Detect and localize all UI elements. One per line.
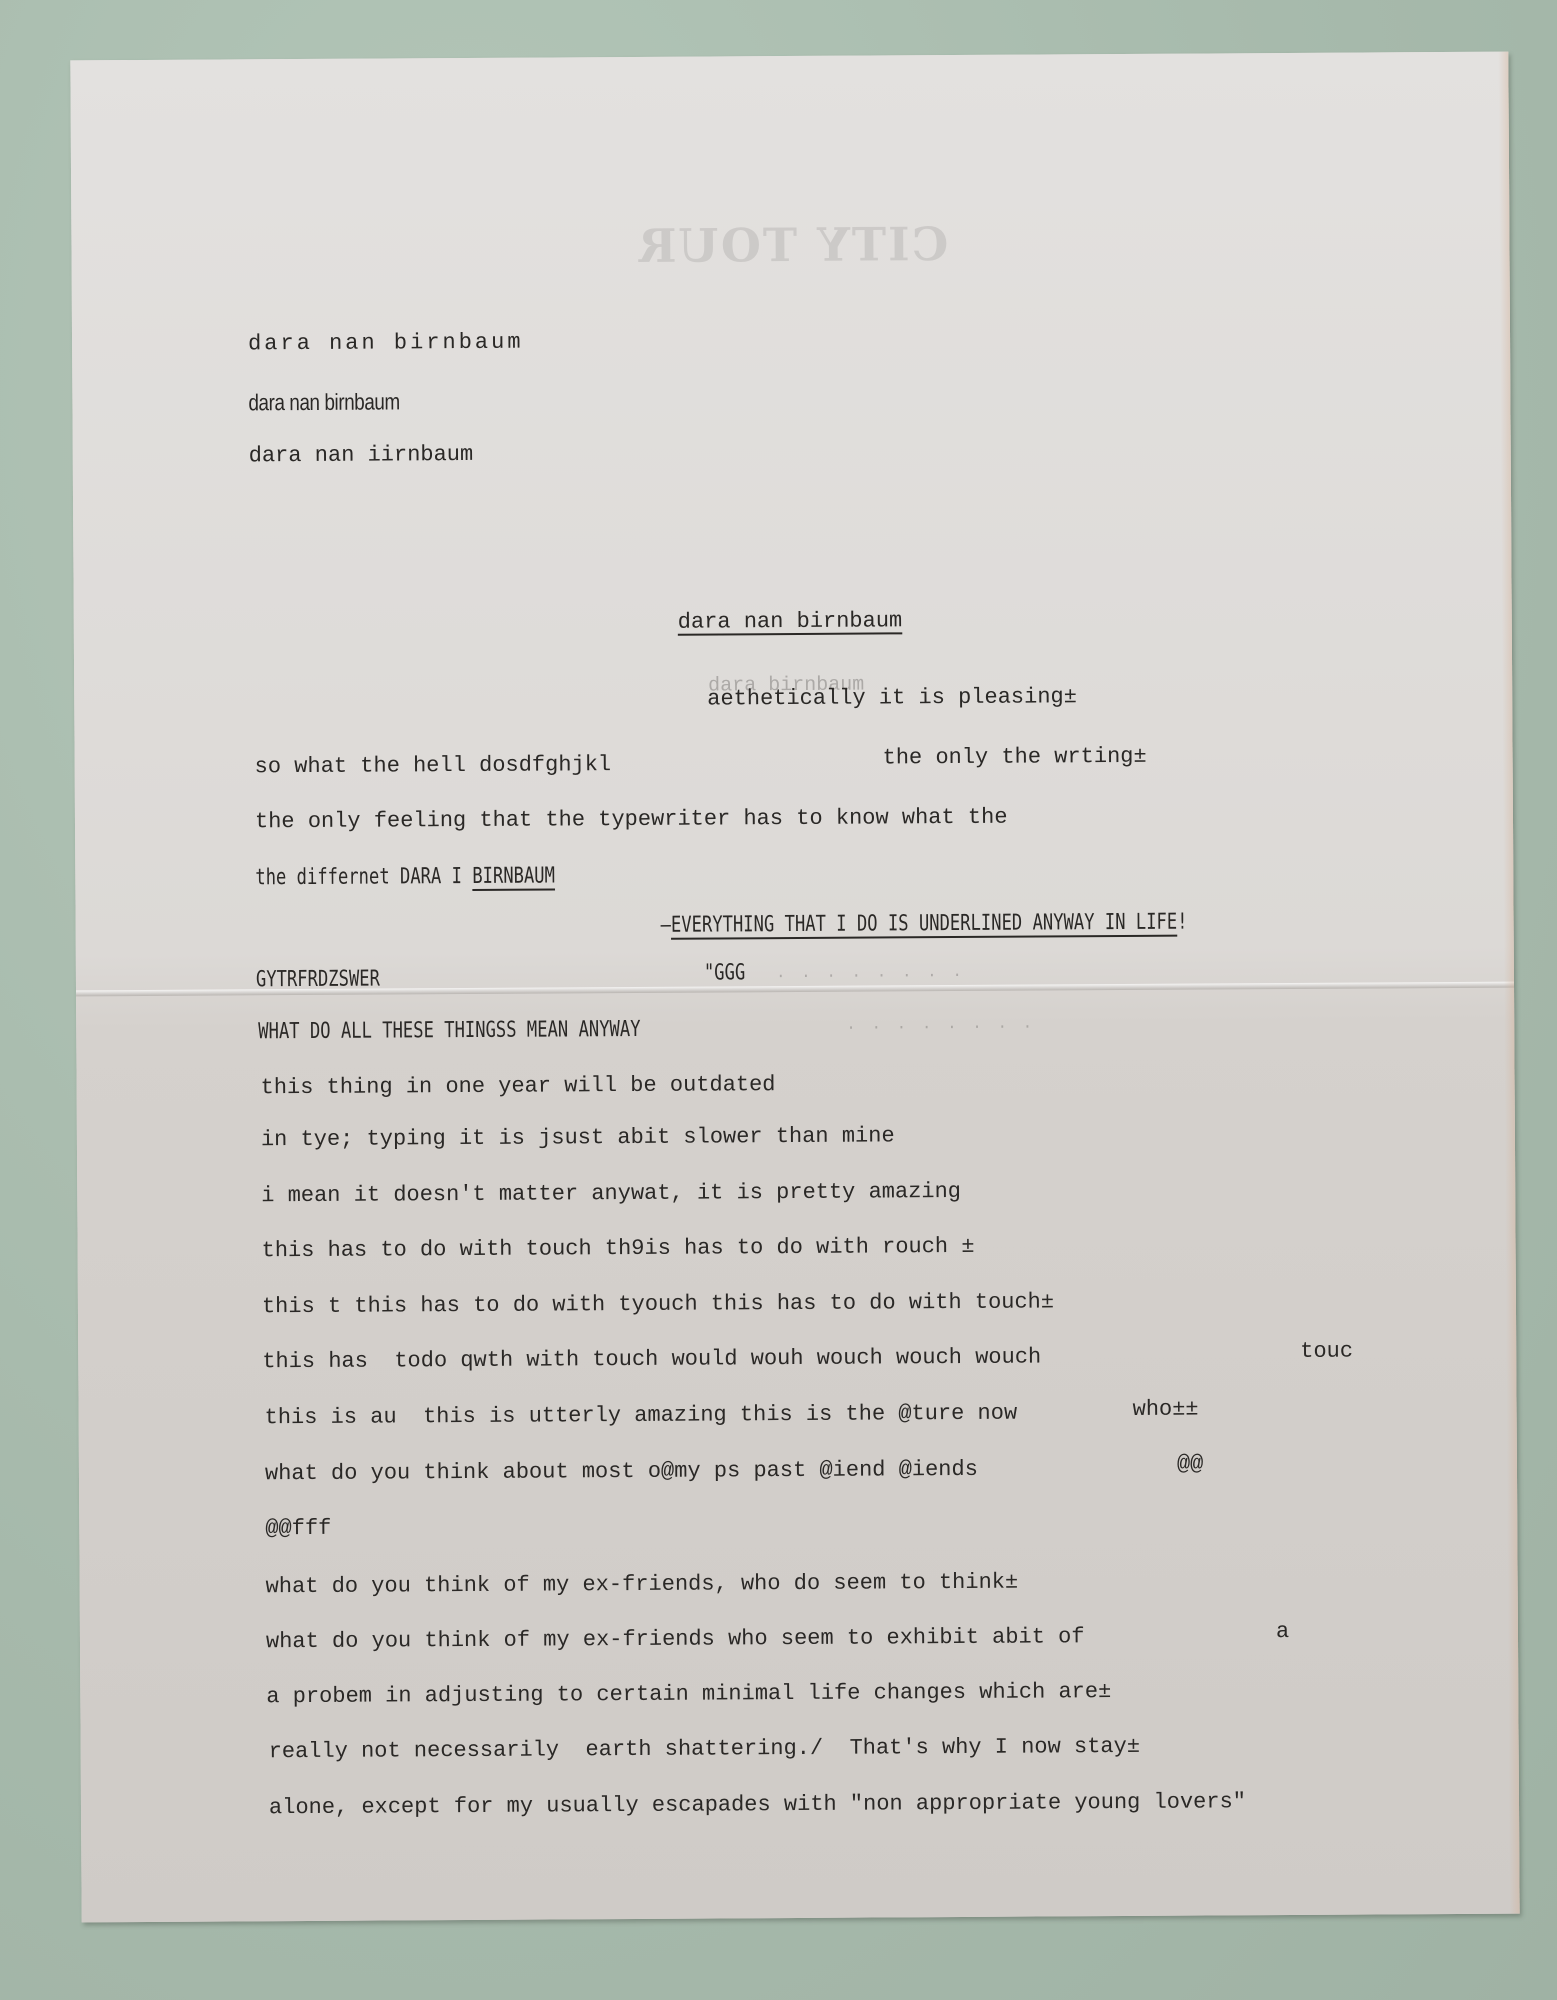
line-touch-1: this has to do with touch th9is has to d… <box>262 1234 975 1263</box>
line-who: who±± <box>1133 1397 1199 1422</box>
line-everything: —EVERYTHING THAT I DO IS UNDERLINED ANYW… <box>661 910 1188 938</box>
line-really: really not necessarily earth shattering.… <box>269 1734 1140 1764</box>
line-at-at: @@ <box>1177 1452 1204 1477</box>
line-exfriends-2: what do you think of my ex-friends who s… <box>266 1624 1085 1654</box>
header-name-1: dara nan birnbaum <box>248 330 524 357</box>
line-ggg: "GGG <box>704 960 745 985</box>
everything-dash: — <box>661 913 671 938</box>
line-differnet: the differnet DARA I BIRNBAUM <box>255 863 555 890</box>
line-touch-2: this t this has to do with tyouch this h… <box>262 1289 1054 1319</box>
line-i-mean: i mean it doesn't matter anywat, it is p… <box>261 1179 961 1208</box>
line-friends: what do you think about most o@my ps pas… <box>265 1457 978 1486</box>
typewritten-page: CITY TOUR dara nan birnbaum dara nan bir… <box>70 52 1519 1923</box>
centered-title: dara nan birnbaum <box>678 608 903 634</box>
header-name-3: dara nan iirnbaum <box>249 442 474 468</box>
line-touch-3: this has todo qwth with touch would wouh… <box>262 1345 1041 1375</box>
line-outdated: this thing in one year will be outdated <box>261 1072 776 1100</box>
line-problem: a probem in adjusting to certain minimal… <box>266 1679 1111 1709</box>
line-aesthetic: aethetically it is pleasing± <box>707 684 1077 711</box>
line-gytr: GYTRFRDZSWER <box>256 967 380 993</box>
header-name-2: dara nan birnbaum <box>248 388 400 416</box>
everything-end: ! <box>1177 910 1187 935</box>
line-alone: alone, except for my usually escapades w… <box>269 1789 1246 1820</box>
differnet-underlined: BIRNBAUM <box>472 863 555 889</box>
line-exfriends-1: what do you think of my ex-friends, who … <box>266 1570 1019 1600</box>
line-what-do-all: WHAT DO ALL THESE THINGSS MEAN ANYWAY <box>258 1017 640 1044</box>
line-only-writing: the only the wrting± <box>883 744 1147 771</box>
dotted-marks: . . . . . . . . <box>776 963 965 982</box>
line-so-what: so what the hell dosdfghjkl <box>255 752 612 779</box>
bleed-through-title: CITY TOUR <box>636 217 948 273</box>
line-only-feeling: the only feeling that the typewriter has… <box>255 805 1008 835</box>
everything-underlined: EVERYTHING THAT I DO IS UNDERLINED ANYWA… <box>671 910 1177 938</box>
dotted-marks-2: . . . . . . . . <box>846 1015 1035 1034</box>
line-atff: @@fff <box>265 1516 331 1541</box>
differnet-prefix: the differnet DARA I <box>255 864 472 890</box>
line-touc: touc <box>1300 1339 1353 1364</box>
line-tye: in tye; typing it is jsust abit slower t… <box>261 1123 895 1152</box>
line-stray-a: a <box>1276 1619 1289 1644</box>
line-amazing: this is au this is utterly amazing this … <box>265 1401 1018 1431</box>
